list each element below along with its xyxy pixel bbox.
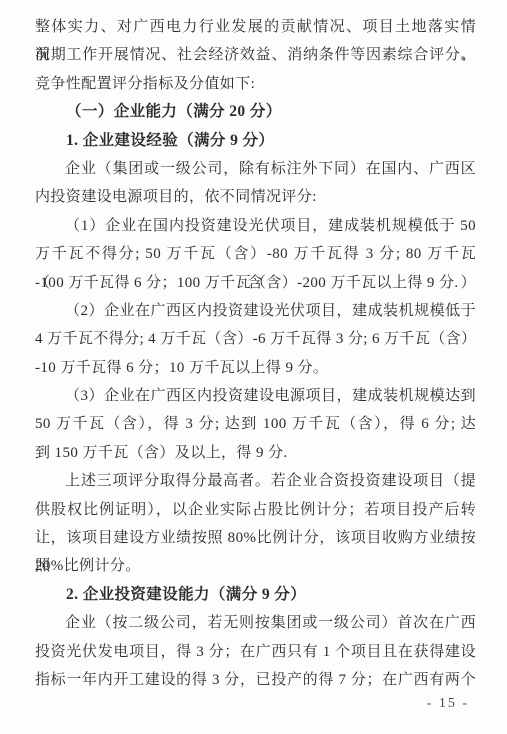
document-lines: 整体实力、对广西电力行业发展的贡献情况、项目土地落实情况、前期工作开展情况、社会…: [35, 13, 476, 694]
text-line: （2）企业在广西区内投资建设光伏项目，建成装机规模低于: [35, 297, 476, 325]
text-line: 20%比例计分。: [35, 552, 476, 580]
text-line: -100 万千瓦得 6 分；100 万千瓦（含）-200 万千瓦以上得 9 分.: [35, 269, 476, 297]
text-line: 让，该项目建设方业绩按照 80%比例计分，该项目收购方业绩按照: [35, 524, 476, 552]
heading-line: 2. 企业投资建设能力（满分 9 分）: [35, 581, 476, 609]
text-line: （1）企业在国内投资建设光伏项目，建成装机规模低于 50: [35, 212, 476, 240]
text-line: 企业（按二级公司，若无则按集团或一级公司）首次在广西: [35, 609, 476, 637]
page-number: - 15 -: [427, 696, 469, 712]
heading-line: 1. 企业建设经验（满分 9 分）: [35, 127, 476, 155]
text-line: 整体实力、对广西电力行业发展的贡献情况、项目土地落实情况、: [35, 13, 476, 41]
text-line: （3）企业在广西区内投资建设电源项目，建成装机规模达到: [35, 382, 476, 410]
text-line: 50 万千瓦（含），得 3 分; 达到 100 万千瓦（含），得 6 分; 达: [35, 410, 476, 438]
text-line: 内投资建设电源项目的，依不同情况评分:: [35, 183, 476, 211]
text-line: 企业（集团或一级公司，除有标注外下同）在国内、广西区: [35, 155, 476, 183]
text-line: 万千瓦不得分; 50 万千瓦（含）-80 万千瓦得 3 分; 80 万千瓦（含）: [35, 240, 476, 268]
text-line: 投资光伏发电项目，得 3 分；在广西只有 1 个项目且在获得建设: [35, 638, 476, 666]
heading-line: （一）企业能力（满分 20 分）: [35, 98, 476, 126]
text-line: 竞争性配置评分指标及分值如下:: [35, 70, 476, 98]
text-line: 到 150 万千瓦（含）及以上，得 9 分.: [35, 439, 476, 467]
document-page: 整体实力、对广西电力行业发展的贡献情况、项目土地落实情况、前期工作开展情况、社会…: [0, 0, 507, 734]
text-line: 供股权比例证明），以企业实际占股比例计分；若项目投产后转: [35, 496, 476, 524]
text-line: 前期工作开展情况、社会经济效益、消纳条件等因素综合评分。: [35, 41, 476, 69]
text-line: 上述三项评分取得分最高者。若企业合资投资建设项目（提: [35, 467, 476, 495]
text-line: -10 万千瓦得 6 分；10 万千瓦以上得 9 分。: [35, 354, 476, 382]
text-line: 指标一年内开工建设的得 3 分，已投产的得 7 分；在广西有两个: [35, 666, 476, 694]
text-line: 4 万千瓦不得分; 4 万千瓦（含）-6 万千瓦得 3 分; 6 万千瓦（含）: [35, 325, 476, 353]
